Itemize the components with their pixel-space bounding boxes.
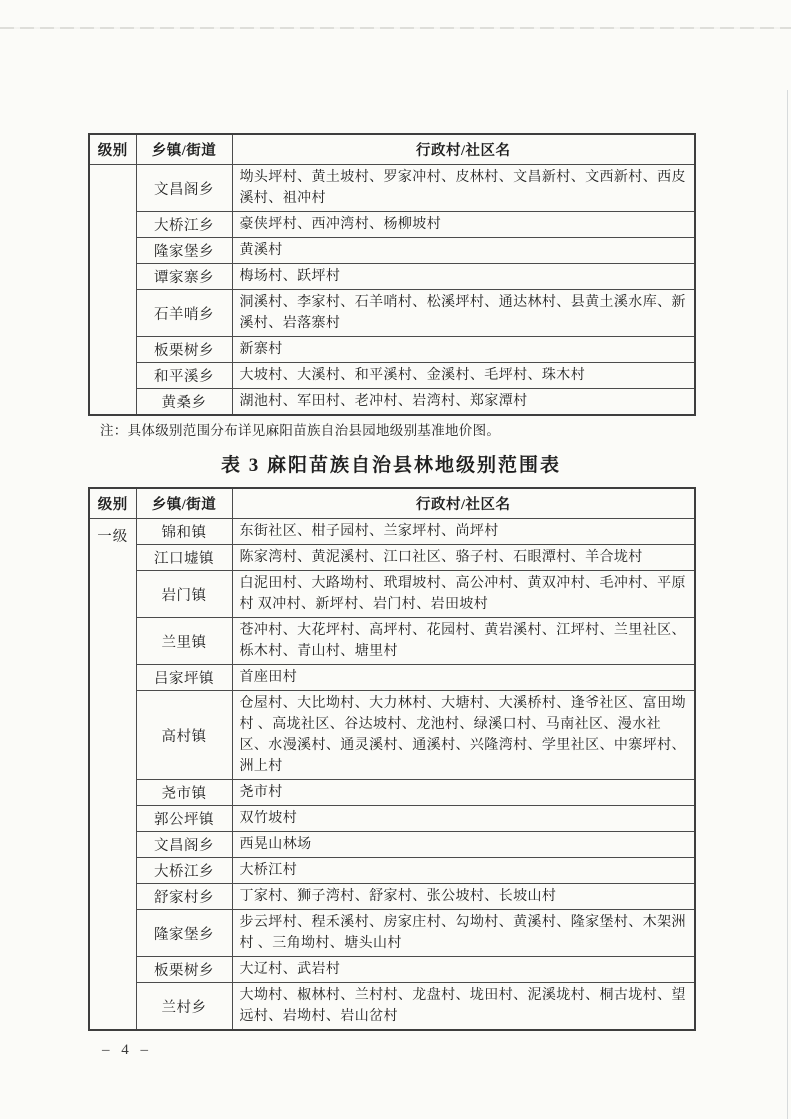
town-cell: 舒家村乡 — [136, 884, 232, 910]
table-row: 高村镇 仓屋村、大比坳村、大力林村、大塘村、大溪桥村、逢爷社区、富田坳村 、高垅… — [89, 691, 695, 780]
villages-cell: 梅场村、跃坪村 — [232, 264, 695, 290]
table-row: 江口墟镇 陈家湾村、黄泥溪村、江口社区、骆子村、石眼潭村、羊合垅村 — [89, 545, 695, 571]
town-cell: 锦和镇 — [136, 519, 232, 545]
villages-cell: 尧市村 — [232, 780, 695, 806]
villages-cell: 洞溪村、李家村、石羊哨村、松溪坪村、通达林村、县黄土溪水库、新溪村、岩落寨村 — [232, 290, 695, 337]
town-cell: 板栗树乡 — [136, 337, 232, 363]
header-level: 级别 — [89, 488, 136, 519]
table-row: 隆家堡乡 黄溪村 — [89, 238, 695, 264]
villages-cell: 豪侠坪村、西冲湾村、杨柳坡村 — [232, 212, 695, 238]
table-row: 岩门镇 白泥田村、大路坳村、玳瑁坡村、高公冲村、黄双冲村、毛冲村、平原村 双冲村… — [89, 571, 695, 618]
villages-cell: 西晃山林场 — [232, 832, 695, 858]
garden-land-level-table: 级别 乡镇/街道 行政村/社区名 文昌阁乡 坳头坪村、黄土坡村、罗家冲村、皮林村… — [88, 133, 696, 416]
villages-cell: 黄溪村 — [232, 238, 695, 264]
scan-artifact-right-line — [787, 90, 788, 1119]
town-cell: 文昌阁乡 — [136, 165, 232, 212]
town-cell: 石羊哨乡 — [136, 290, 232, 337]
table-note: 注：具体级别范围分布详见麻阳苗族自治县园地级别基准地价图。 — [88, 421, 694, 441]
header-villages: 行政村/社区名 — [232, 488, 695, 519]
town-cell: 隆家堡乡 — [136, 238, 232, 264]
table-row: 兰村乡 大坳村、椒林村、兰村村、龙盘村、垅田村、泥溪垅村、桐古垅村、望远村、岩坳… — [89, 983, 695, 1031]
town-cell: 大桥江乡 — [136, 858, 232, 884]
town-cell: 岩门镇 — [136, 571, 232, 618]
page-number: – 4 – — [102, 1042, 152, 1059]
document-page-content: 级别 乡镇/街道 行政村/社区名 文昌阁乡 坳头坪村、黄土坡村、罗家冲村、皮林村… — [88, 133, 694, 1031]
table-row: 隆家堡乡 步云坪村、程禾溪村、房家庄村、勾坳村、黄溪村、隆家堡村、木架洲村 、三… — [89, 910, 695, 957]
villages-cell: 首座田村 — [232, 665, 695, 691]
town-cell: 高村镇 — [136, 691, 232, 780]
villages-cell: 新寨村 — [232, 337, 695, 363]
table-row: 大桥江乡 大桥江村 — [89, 858, 695, 884]
town-cell: 郭公坪镇 — [136, 806, 232, 832]
scan-artifact-top-line — [0, 27, 791, 29]
town-cell: 黄桑乡 — [136, 389, 232, 416]
villages-cell: 湖池村、军田村、老冲村、岩湾村、郑家潭村 — [232, 389, 695, 416]
table-row: 吕家坪镇 首座田村 — [89, 665, 695, 691]
villages-cell: 大桥江村 — [232, 858, 695, 884]
table3-title: 表 3 麻阳苗族自治县林地级别范围表 — [88, 450, 694, 477]
villages-cell: 苍冲村、大花坪村、高坪村、花园村、黄岩溪村、江坪村、兰里社区、栎木村、青山村、塘… — [232, 618, 695, 665]
town-cell: 板栗树乡 — [136, 957, 232, 983]
table-row: 尧市镇 尧市村 — [89, 780, 695, 806]
villages-cell: 大辽村、武岩村 — [232, 957, 695, 983]
forest-land-level-table: 级别 乡镇/街道 行政村/社区名 一级 锦和镇 东街社区、柑子园村、兰家坪村、尚… — [88, 487, 696, 1031]
town-cell: 文昌阁乡 — [136, 832, 232, 858]
town-cell: 谭家寨乡 — [136, 264, 232, 290]
table-row: 一级 锦和镇 东街社区、柑子园村、兰家坪村、尚坪村 — [89, 519, 695, 545]
town-cell: 隆家堡乡 — [136, 910, 232, 957]
villages-cell: 大坡村、大溪村、和平溪村、金溪村、毛坪村、珠木村 — [232, 363, 695, 389]
town-cell: 和平溪乡 — [136, 363, 232, 389]
villages-cell: 白泥田村、大路坳村、玳瑁坡村、高公冲村、黄双冲村、毛冲村、平原村 双冲村、新坪村… — [232, 571, 695, 618]
table-row: 和平溪乡 大坡村、大溪村、和平溪村、金溪村、毛坪村、珠木村 — [89, 363, 695, 389]
villages-cell: 步云坪村、程禾溪村、房家庄村、勾坳村、黄溪村、隆家堡村、木架洲村 、三角坳村、塘… — [232, 910, 695, 957]
table-row: 板栗树乡 大辽村、武岩村 — [89, 957, 695, 983]
town-cell: 尧市镇 — [136, 780, 232, 806]
town-cell: 江口墟镇 — [136, 545, 232, 571]
table-row: 石羊哨乡 洞溪村、李家村、石羊哨村、松溪坪村、通达林村、县黄土溪水库、新溪村、岩… — [89, 290, 695, 337]
header-town: 乡镇/街道 — [136, 488, 232, 519]
villages-cell: 丁家村、狮子湾村、舒家村、张公坡村、长坡山村 — [232, 884, 695, 910]
level-cell: 一级 — [89, 519, 136, 1031]
table-row: 板栗树乡 新寨村 — [89, 337, 695, 363]
villages-cell: 双竹坡村 — [232, 806, 695, 832]
town-cell: 兰里镇 — [136, 618, 232, 665]
table-row: 郭公坪镇 双竹坡村 — [89, 806, 695, 832]
level-cell — [89, 165, 136, 416]
table-header-row: 级别 乡镇/街道 行政村/社区名 — [89, 488, 695, 519]
header-town: 乡镇/街道 — [136, 134, 232, 165]
villages-cell: 坳头坪村、黄土坡村、罗家冲村、皮林村、文昌新村、文西新村、西皮溪村、祖冲村 — [232, 165, 695, 212]
table-row: 舒家村乡 丁家村、狮子湾村、舒家村、张公坡村、长坡山村 — [89, 884, 695, 910]
town-cell: 吕家坪镇 — [136, 665, 232, 691]
villages-cell: 东街社区、柑子园村、兰家坪村、尚坪村 — [232, 519, 695, 545]
villages-cell: 陈家湾村、黄泥溪村、江口社区、骆子村、石眼潭村、羊合垅村 — [232, 545, 695, 571]
table-row: 黄桑乡 湖池村、军田村、老冲村、岩湾村、郑家潭村 — [89, 389, 695, 416]
table-row: 大桥江乡 豪侠坪村、西冲湾村、杨柳坡村 — [89, 212, 695, 238]
table-row: 文昌阁乡 西晃山林场 — [89, 832, 695, 858]
villages-cell: 大坳村、椒林村、兰村村、龙盘村、垅田村、泥溪垅村、桐古垅村、望远村、岩坳村、岩山… — [232, 983, 695, 1031]
town-cell: 兰村乡 — [136, 983, 232, 1031]
town-cell: 大桥江乡 — [136, 212, 232, 238]
header-level: 级别 — [89, 134, 136, 165]
table-row: 谭家寨乡 梅场村、跃坪村 — [89, 264, 695, 290]
table-row: 文昌阁乡 坳头坪村、黄土坡村、罗家冲村、皮林村、文昌新村、文西新村、西皮溪村、祖… — [89, 165, 695, 212]
villages-cell: 仓屋村、大比坳村、大力林村、大塘村、大溪桥村、逢爷社区、富田坳村 、高垅社区、谷… — [232, 691, 695, 780]
table-row: 兰里镇 苍冲村、大花坪村、高坪村、花园村、黄岩溪村、江坪村、兰里社区、栎木村、青… — [89, 618, 695, 665]
table-header-row: 级别 乡镇/街道 行政村/社区名 — [89, 134, 695, 165]
header-villages: 行政村/社区名 — [232, 134, 695, 165]
